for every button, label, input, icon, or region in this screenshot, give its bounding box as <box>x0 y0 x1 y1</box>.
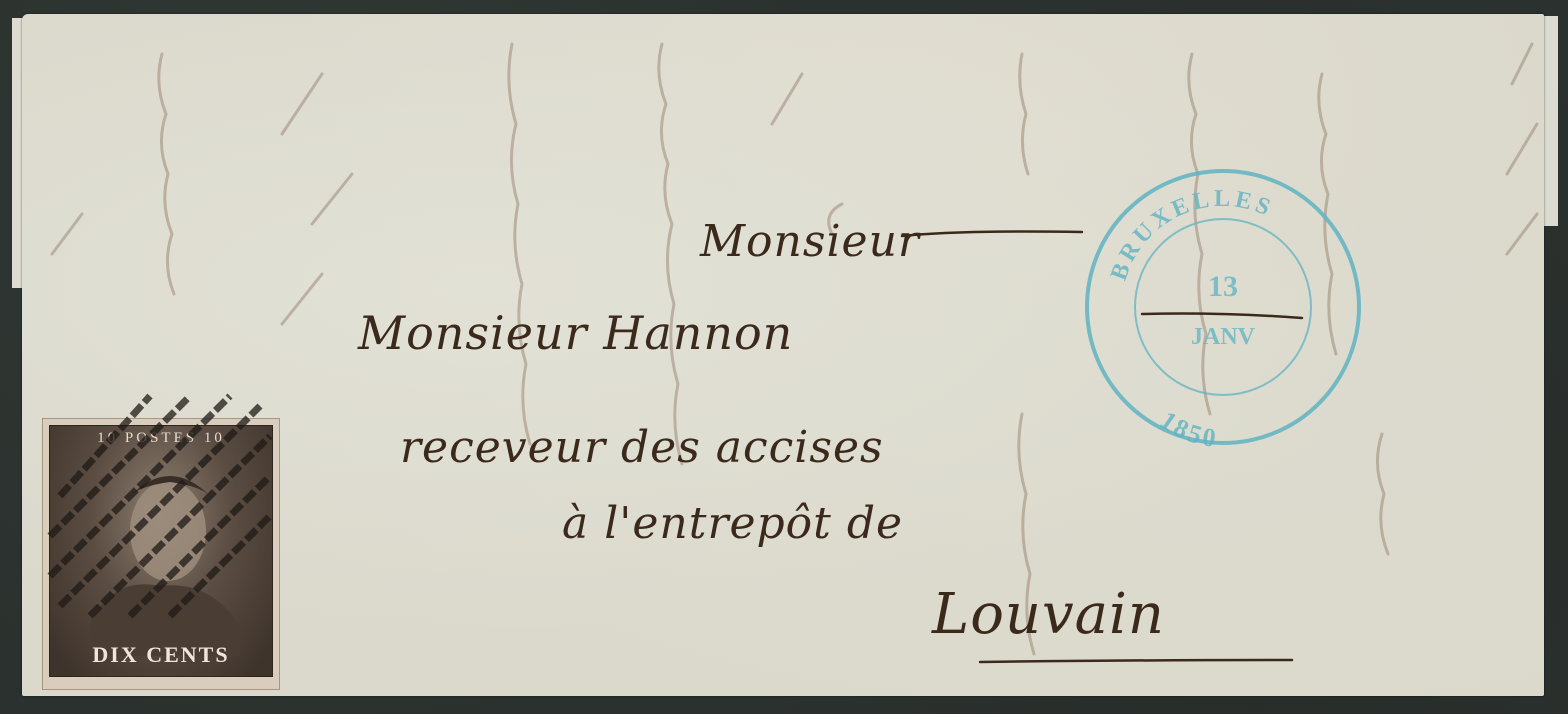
postage-stamp: 10 POSTES 10 DIX CENTS <box>42 418 280 690</box>
postmark-bruxelles: BRUXELLES 1850 13 JANV <box>1082 166 1364 448</box>
postmark-year: 1850 <box>1155 405 1220 448</box>
stamp-denomination: DIX CENTS <box>50 642 272 668</box>
svg-text:BRUXELLES: BRUXELLES <box>1106 186 1278 284</box>
cancellation-bars <box>40 376 280 666</box>
svg-text:1850: 1850 <box>1155 405 1220 448</box>
postmark-day: 13 <box>1208 270 1238 303</box>
stamp-design: 10 POSTES 10 DIX CENTS <box>49 425 273 677</box>
postmark-city: BRUXELLES <box>1106 186 1278 284</box>
postmark-month: JANV <box>1191 324 1256 350</box>
